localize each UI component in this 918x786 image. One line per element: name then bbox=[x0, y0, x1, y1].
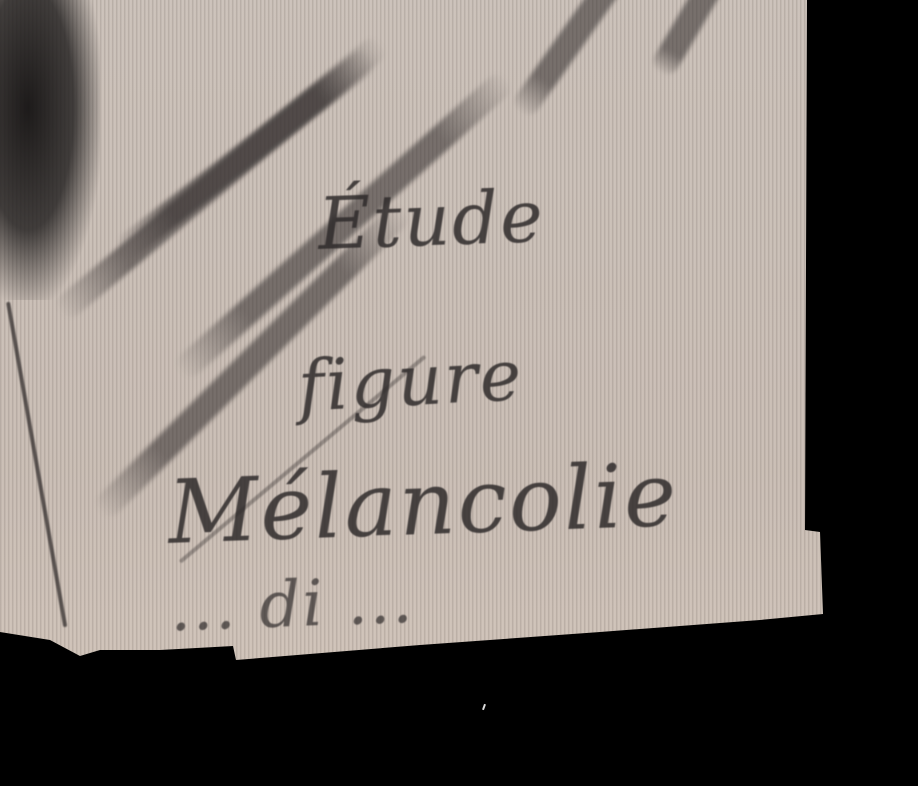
sketch-paper: Étude figure Mélancolie ... di ... bbox=[0, 0, 918, 786]
inscription-line-1: Étude bbox=[317, 174, 546, 266]
dust-speck bbox=[482, 704, 486, 710]
charcoal-stroke bbox=[509, 0, 645, 120]
charcoal-shading bbox=[0, 0, 100, 300]
inscription-line-4: ... di ... bbox=[169, 564, 416, 646]
inscription-line-2: figure bbox=[296, 334, 525, 428]
charcoal-stroke bbox=[649, 0, 732, 80]
charcoal-line bbox=[6, 302, 67, 628]
inscription-line-3: Mélancolie bbox=[166, 443, 679, 564]
